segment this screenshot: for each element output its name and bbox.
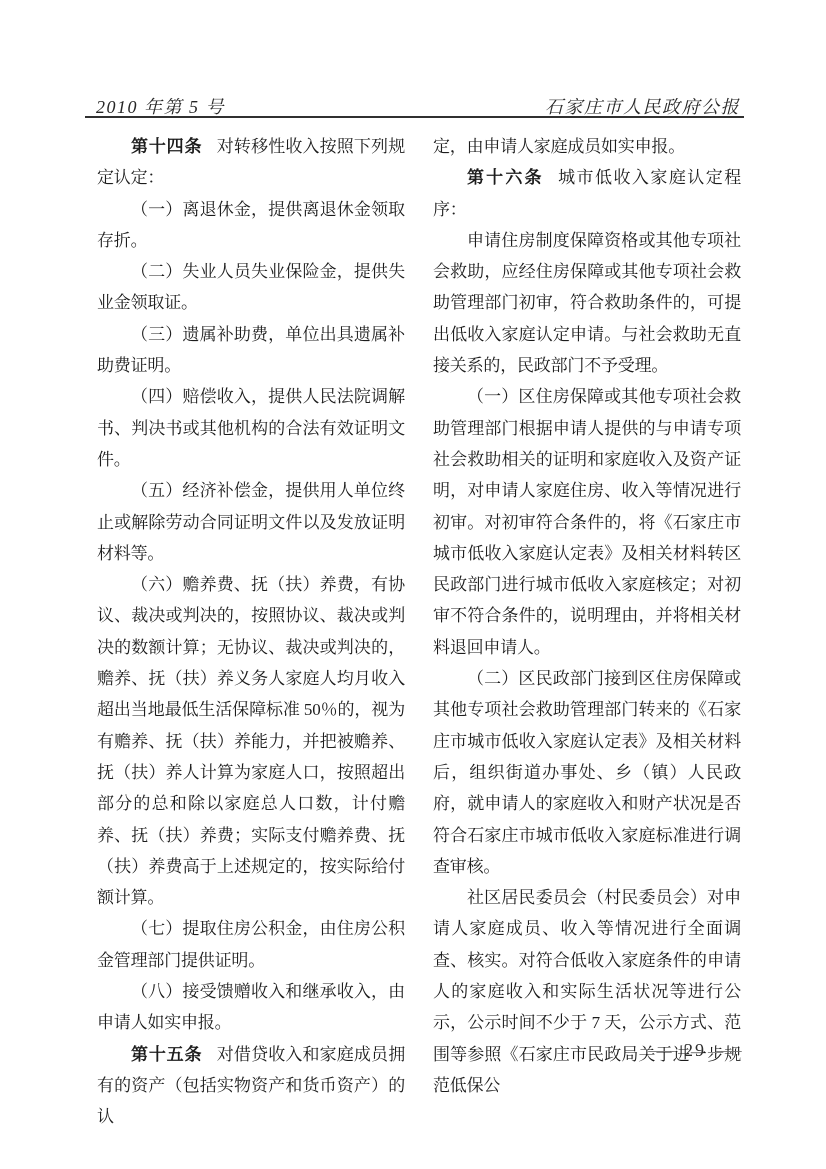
page-number: 29 xyxy=(684,1040,706,1061)
right-column: 定，由申请人家庭成员如实申报。第十六条城市低收入家庭认定程序：申请住房制度保障资… xyxy=(433,131,741,1133)
header-rule xyxy=(85,116,744,118)
paragraph: （八）接受馈赠收入和继承收入，由申请人如实申报。 xyxy=(97,976,405,1039)
article-body: 第十四条对转移性收入按照下列规定认定：（一）离退休金，提供离退休金领取存折。（二… xyxy=(97,131,741,1133)
paragraph: （二）区民政部门接到区住房保障或其他专项社会救助管理部门转来的《石家庄市城市低收… xyxy=(433,663,741,882)
paragraph: 社区居民委员会（村民委员会）对申请人家庭成员、收入等情况进行全面调查、核实。对符… xyxy=(433,882,741,1101)
left-column: 第十四条对转移性收入按照下列规定认定：（一）离退休金，提供离退休金领取存折。（二… xyxy=(97,131,405,1133)
footer-left-dash: — xyxy=(648,1040,673,1061)
article-number-heading: 第十六条 xyxy=(467,168,544,187)
article-number-heading: 第十四条 xyxy=(131,137,202,156)
gazette-page: 2010 年第 5 号 石家庄市人民政府公报 第十四条对转移性收入按照下列规定认… xyxy=(0,0,826,1169)
article-number-heading: 第十五条 xyxy=(131,1045,202,1064)
paragraph: 第十六条城市低收入家庭认定程序： xyxy=(433,162,741,225)
paragraph: 第十五条对借贷收入和家庭成员拥有的资产（包括实物资产和货币资产）的认 xyxy=(97,1039,405,1133)
paragraph: （七）提取住房公积金，由住房公积金管理部门提供证明。 xyxy=(97,913,405,976)
paragraph: （二）失业人员失业保险金，提供失业金领取证。 xyxy=(97,256,405,319)
footer-right-dash: — xyxy=(716,1040,741,1061)
paragraph: （三）遗属补助费，单位出具遗属补助费证明。 xyxy=(97,319,405,382)
paragraph: （一）区住房保障或其他专项社会救助管理部门根据申请人提供的与申请专项社会救助相关… xyxy=(433,381,741,663)
paragraph: 第十四条对转移性收入按照下列规定认定： xyxy=(97,131,405,194)
paragraph: （四）赔偿收入，提供人民法院调解书、判决书或其他机构的合法有效证明文件。 xyxy=(97,381,405,475)
paragraph: 申请住房制度保障资格或其他专项社会救助，应经住房保障或其他专项社会救助管理部门初… xyxy=(433,225,741,381)
paragraph: （一）离退休金，提供离退休金领取存折。 xyxy=(97,194,405,257)
paragraph: （五）经济补偿金，提供用人单位终止或解除劳动合同证明文件以及发放证明材料等。 xyxy=(97,475,405,569)
paragraph: 定，由申请人家庭成员如实申报。 xyxy=(433,131,741,162)
paragraph: （六）赡养费、抚（扶）养费，有协议、裁决或判决的，按照协议、裁决或判决的数额计算… xyxy=(97,569,405,913)
page-footer: — 29 — xyxy=(652,1040,738,1061)
